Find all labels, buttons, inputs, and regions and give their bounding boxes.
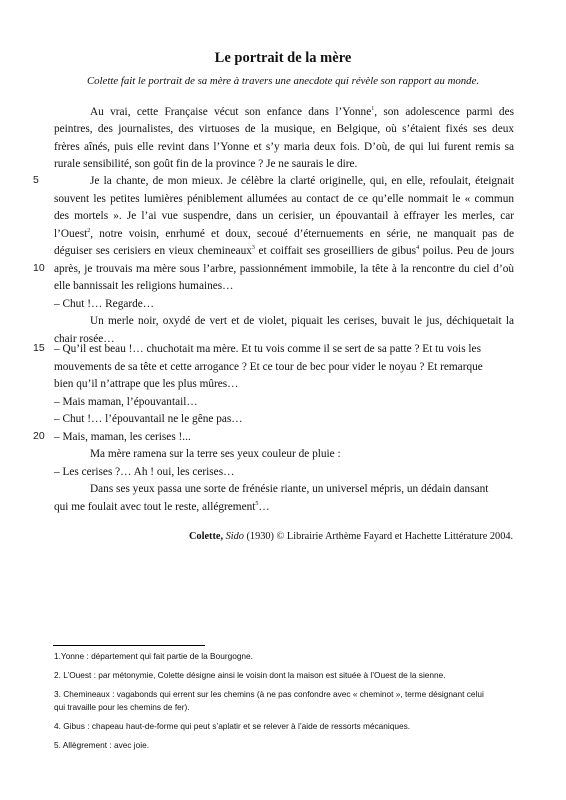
text-line: peintres, des journalistes, des virtuose…	[54, 121, 514, 138]
text-line: des mortels ». Je l’ai vue suspendre, da…	[54, 208, 514, 225]
source-details: (1930) © Librairie Arthème Fayard et Hac…	[247, 531, 514, 542]
text-line: Au vrai, cette Française vécut son enfan…	[54, 104, 514, 121]
footnote: qui travaille pour les chemins de fer).	[54, 701, 514, 714]
line-number: 20	[33, 430, 47, 442]
text-line: rurale sensibilité, son goût fin de la p…	[54, 156, 514, 173]
footnote-ref: 2	[87, 228, 90, 234]
footnote-ref: 3	[252, 245, 255, 251]
source-work: Sido	[226, 531, 244, 542]
line-number: 5	[33, 174, 47, 186]
text-line: – Mais maman, l’épouvantail…	[54, 394, 514, 411]
text-line: Ma mère ramena sur la terre ses yeux cou…	[54, 446, 514, 463]
footnote: 1.Yonne : département qui fait partie de…	[54, 650, 514, 663]
page-title: Le portrait de la mère	[0, 50, 566, 67]
text-line: après, je trouvais ma mère sous l’arbre,…	[54, 261, 514, 278]
footnote-separator	[53, 645, 205, 646]
source-citation: Colette, Sido (1930) © Librairie Arthème…	[189, 531, 513, 542]
text-line: Dans ses yeux passa une sorte de frénési…	[54, 481, 514, 498]
text-line: – Chut !… Regarde…	[54, 296, 514, 313]
text-line: – Chut !… l’épouvantail ne le gêne pas…	[54, 411, 514, 428]
text-line: – Qu’il est beau !… chuchotait ma mère. …	[54, 341, 514, 358]
line-number: 10	[33, 262, 47, 274]
text-line: – Mais, maman, les cerises !...	[54, 429, 514, 446]
text-line: – Les cerises ?… Ah ! oui, les cerises…	[54, 464, 514, 481]
text-line: qui me foulait avec tout le reste, allég…	[54, 499, 514, 516]
footnote-ref: 4	[416, 245, 419, 251]
footnote: 3. Chemineaux : vagabonds qui errent sur…	[54, 688, 514, 701]
footnote-ref: 5	[255, 501, 258, 507]
text-line: bien qu’il n’attrape que les plus mûres…	[54, 376, 514, 393]
text-line: Un merle noir, oxydé de vert et de viole…	[54, 313, 514, 330]
text-line: Je la chante, de mon mieux. Je célèbre l…	[54, 173, 514, 190]
text-line: l’Ouest2, notre voisin, enrhumé et doux,…	[54, 226, 514, 243]
text-line: souvent les petites lumières péniblement…	[54, 191, 514, 208]
footnote: 5. Allègrement : avec joie.	[54, 739, 514, 752]
text-line: elle bannissait les religions humaines…	[54, 278, 514, 295]
footnote: 2. L’Ouest : par métonymie, Colette dési…	[54, 669, 514, 682]
text-line: déguiser ses cerisiers en vieux cheminea…	[54, 243, 514, 260]
footnote: 4. Gibus : chapeau haut-de-forme qui peu…	[54, 720, 514, 733]
line-number: 15	[33, 342, 47, 354]
source-author: Colette,	[189, 531, 223, 542]
text-line: mouvements de sa tête et cette arrogance…	[54, 359, 514, 376]
intro-text: Colette fait le portrait de sa mère à tr…	[0, 75, 566, 87]
footnote-ref: 1	[371, 106, 374, 112]
text-line: frères aînés, puis elle revint dans l’Yo…	[54, 139, 514, 156]
